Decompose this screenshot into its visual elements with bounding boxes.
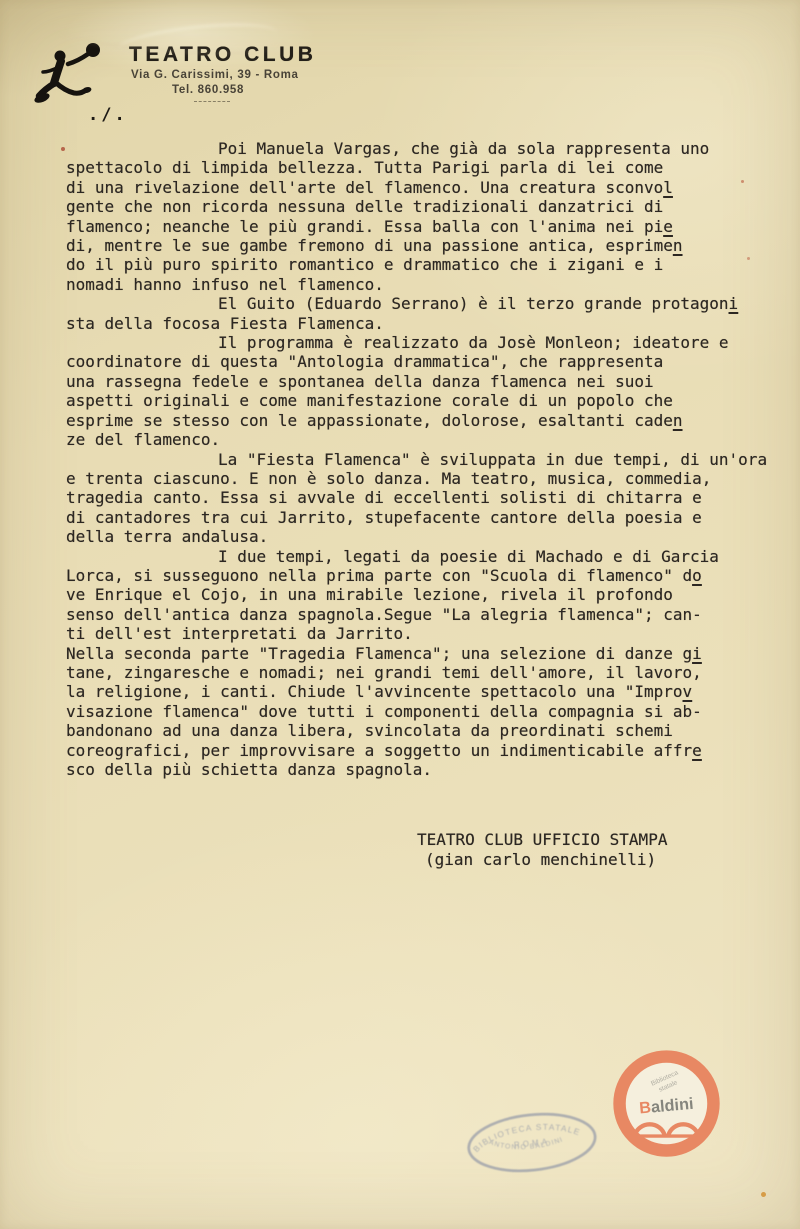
signature-name: (gian carlo menchinelli) [417,850,667,870]
body-line: di, mentre le sue gambe fremono di una p… [66,236,772,255]
letter-body: Poi Manuela Vargas, che già da sola rapp… [66,139,772,779]
body-line: la religione, i canti. Chiude l'avvincen… [66,682,772,701]
body-line: El Guito (Eduardo Serrano) è il terzo gr… [66,294,772,313]
leaping-dancer-logo-icon [33,41,109,107]
body-line: Lorca, si susseguono nella prima parte c… [66,566,772,585]
scanned-press-release: { "letterhead": { "title": "TEATRO CLUB"… [0,0,800,1229]
paper-speck [747,257,750,260]
body-line: di cantadores tra cui Jarrito, stupeface… [66,508,772,527]
body-line: sco della più schietta danza spagnola. [66,760,772,779]
body-line: Nella seconda parte "Tragedia Flamenca";… [66,644,772,663]
body-line: do il più puro spirito romantico e dramm… [66,255,772,274]
body-line: bandonano ad una danza libera, svincolat… [66,721,772,740]
body-line: gente che non ricorda nessuna delle trad… [66,197,772,216]
body-line: Il programma è realizzato da Josè Monleo… [66,333,772,352]
body-line: coordinatore di questa "Antologia dramma… [66,352,772,371]
letterhead-dashed-rule [194,101,230,102]
signature-org: TEATRO CLUB UFFICIO STAMPA [417,830,667,850]
body-line: ze del flamenco. [66,430,772,449]
body-line: una rassegna fedele e spontanea della da… [66,372,772,391]
body-line: aspetti originali e come manifestazione … [66,391,772,410]
body-line: ti dell'est interpretati da Jarrito. [66,624,772,643]
round-stamp-name-rest: aldini [650,1095,694,1117]
body-line: esprime se stesso con le appassionate, d… [66,411,772,430]
letterhead-phone: Tel. 860.958 [172,84,244,96]
letterhead-address: Via G. Carissimi, 39 - Roma [131,69,299,81]
signature-block: TEATRO CLUB UFFICIO STAMPA (gian carlo m… [417,830,667,870]
paper-speck [741,180,744,183]
body-line: visazione flamenca" dove tutti i compone… [66,702,772,721]
paper-speck [61,147,65,151]
body-line: della terra andalusa. [66,527,772,546]
body-line: coreografici, per improvvisare a soggett… [66,741,772,760]
library-oval-stamp: BIBLIOTECA STATALE ROMA ANTONIO BALDINI [460,1105,604,1181]
reference-mark: ./. [88,105,128,125]
baldini-round-stamp: Biblioteca statale Baldini [609,1046,724,1161]
body-line: ve Enrique el Cojo, in una mirabile lezi… [66,585,772,604]
body-line: senso dell'antica danza spagnola.Segue "… [66,605,772,624]
body-line: spettacolo di limpida bellezza. Tutta Pa… [66,158,772,177]
body-line: I due tempi, legati da poesie di Machado… [66,547,772,566]
body-line: La "Fiesta Flamenca" è sviluppata in due… [66,450,772,469]
paper-speck [761,1192,766,1197]
body-line: flamenco; neanche le più grandi. Essa ba… [66,217,772,236]
body-line: sta della focosa Fiesta Flamenca. [66,314,772,333]
body-line: Poi Manuela Vargas, che già da sola rapp… [66,139,772,158]
body-line: tragedia canto. Essa si avvale di eccell… [66,488,772,507]
body-line: e trenta ciascuno. E non è solo danza. M… [66,469,772,488]
body-line: di una rivelazione dell'arte del flamenc… [66,178,772,197]
body-line: nomadi hanno infuso nel flamenco. [66,275,772,294]
body-line: tane, zingaresche e nomadi; nei grandi t… [66,663,772,682]
